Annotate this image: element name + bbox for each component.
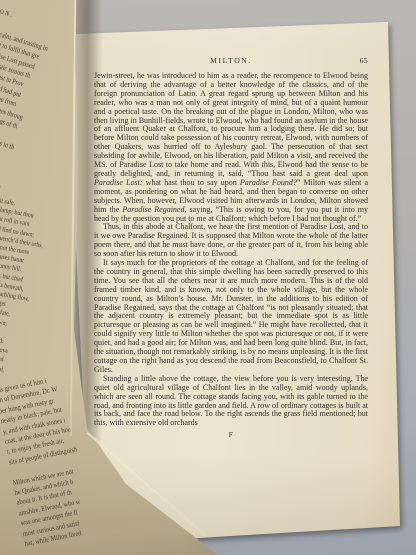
page-number: 65 (360, 56, 368, 65)
page-body: Jewin-street, he was introduced to him a… (94, 72, 368, 428)
paragraph: Jewin-street, he was introduced to him a… (94, 72, 368, 223)
text-column: MILTON. 65 Jewin-street, he was introduc… (94, 56, 368, 439)
paragraph: Thus, in this abode at Chalfont, we hear… (94, 223, 368, 259)
paragraph: It says much for the proprietors of the … (94, 259, 368, 375)
book-photo: MILTON. 65 Jewin-street, he was introduc… (0, 0, 416, 555)
running-head-title: MILTON. (210, 56, 252, 65)
paragraph: Standing a little above the cottage, the… (94, 375, 368, 428)
signature-mark: F (94, 430, 368, 439)
running-head: MILTON. 65 (94, 56, 368, 69)
